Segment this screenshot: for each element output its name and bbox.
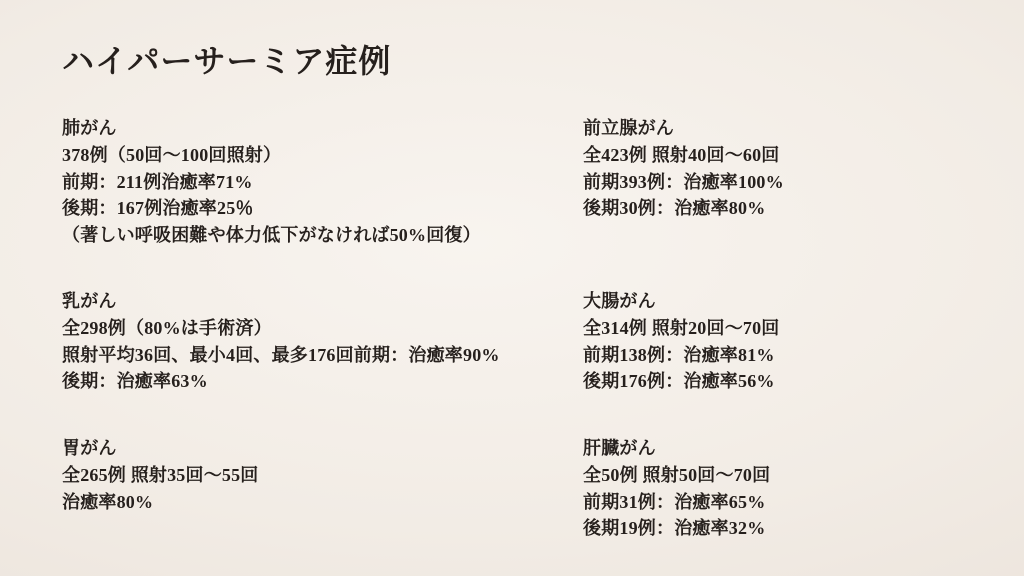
case-line: 378例（50回～100回照射） bbox=[62, 142, 481, 169]
case-heading: 肝臓がん bbox=[583, 435, 770, 462]
case-line: 全423例 照射40回～60回 bbox=[583, 142, 784, 169]
case-line: （著しい呼吸困難や体力低下がなければ50%回復） bbox=[62, 222, 481, 249]
case-heading: 胃がん bbox=[62, 435, 259, 462]
case-block-colon-cancer: 大腸がん 全314例 照射20回～70回 前期138例：治癒率81% 後期176… bbox=[583, 288, 780, 395]
case-line: 後期：167例治癒率25％ bbox=[62, 195, 481, 222]
slide-background: ハイパーサーミア症例 肺がん 378例（50回～100回照射） 前期：211例治… bbox=[0, 0, 1024, 576]
case-block-prostate-cancer: 前立腺がん 全423例 照射40回～60回 前期393例：治癒率100% 後期3… bbox=[583, 115, 784, 222]
case-heading: 肺がん bbox=[62, 115, 481, 142]
case-line: 前期31例：治癒率65% bbox=[583, 489, 770, 516]
case-line: 治癒率80% bbox=[62, 489, 259, 516]
case-heading: 大腸がん bbox=[583, 288, 780, 315]
case-block-stomach-cancer: 胃がん 全265例 照射35回～55回 治癒率80% bbox=[62, 435, 259, 515]
case-line: 後期：治癒率63% bbox=[62, 368, 500, 395]
case-block-lung-cancer: 肺がん 378例（50回～100回照射） 前期：211例治癒率71% 後期：16… bbox=[62, 115, 481, 249]
page-title: ハイパーサーミア症例 bbox=[62, 36, 391, 82]
case-block-breast-cancer: 乳がん 全298例（80%は手術済） 照射平均36回、最小4回、最多176回前期… bbox=[62, 288, 500, 395]
case-line: 前期393例：治癒率100% bbox=[583, 169, 784, 196]
case-line: 全298例（80%は手術済） bbox=[62, 315, 500, 342]
case-line: 照射平均36回、最小4回、最多176回前期：治癒率90% bbox=[62, 342, 500, 369]
case-heading: 前立腺がん bbox=[583, 115, 784, 142]
case-heading: 乳がん bbox=[62, 288, 500, 315]
case-line: 後期176例：治癒率56% bbox=[583, 368, 780, 395]
case-line: 前期：211例治癒率71% bbox=[62, 169, 481, 196]
case-line: 全314例 照射20回～70回 bbox=[583, 315, 780, 342]
case-line: 前期138例：治癒率81% bbox=[583, 342, 780, 369]
case-line: 後期30例：治癒率80% bbox=[583, 195, 784, 222]
case-line: 全265例 照射35回～55回 bbox=[62, 462, 259, 489]
case-line: 後期19例：治癒率32% bbox=[583, 515, 770, 542]
case-line: 全50例 照射50回～70回 bbox=[583, 462, 770, 489]
case-block-liver-cancer: 肝臓がん 全50例 照射50回～70回 前期31例：治癒率65% 後期19例：治… bbox=[583, 435, 770, 542]
